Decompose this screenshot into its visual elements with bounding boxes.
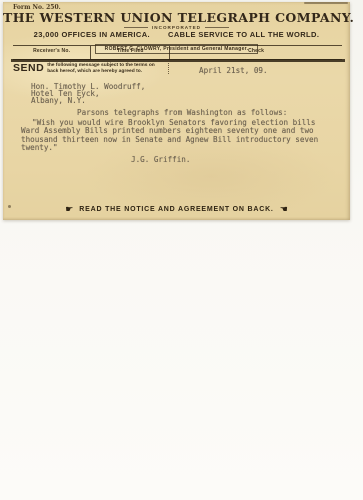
message-line: twenty." — [21, 144, 318, 152]
typed-date: April 21st, 09. — [199, 66, 268, 75]
send-clause: SEND the following message subject to th… — [13, 63, 169, 75]
message-line: thousand thirteen now in Senate and Agne… — [21, 136, 318, 144]
dash-rule-left — [124, 27, 148, 28]
message-intro: Parsons telegraphs from Washington as fo… — [77, 108, 287, 117]
send-keyword: SEND — [13, 63, 44, 74]
company-name: THE WESTERN UNION TELEGRAPH COMPANY. — [3, 10, 350, 25]
manicule-left-icon: ☚ — [280, 205, 288, 214]
column-header-receivers-no: Receiver's No. — [13, 46, 90, 59]
scanned-page: Form No. 250. THE WESTERN UNION TELEGRAP… — [0, 0, 363, 500]
column-header-check: Check — [169, 46, 342, 59]
telegram-form: Form No. 250. THE WESTERN UNION TELEGRAP… — [3, 2, 350, 220]
divider-rule — [11, 59, 345, 62]
notice-text: READ THE NOTICE AND AGREEMENT ON BACK. — [79, 206, 273, 213]
dash-rule-right — [205, 27, 229, 28]
recipient-line: Albany, N.Y. — [31, 97, 145, 104]
manicule-right-icon: ☛ — [65, 205, 73, 214]
send-terms-text: the following message subject to the ter… — [47, 63, 165, 75]
scan-edge-artifact — [304, 2, 348, 4]
recipient-block: Hon. Timothy L. Woodruff, Hotel Ten Eyck… — [31, 83, 145, 105]
signature: J.G. Griffin. — [131, 155, 190, 164]
dotted-divider — [168, 63, 169, 74]
column-header-time-filed: Time Filed — [90, 46, 169, 59]
message-body: "Wish you would wire Brooklyn Senators f… — [21, 119, 318, 152]
notice-bar: ☛ READ THE NOTICE AND AGREEMENT ON BACK.… — [3, 205, 350, 214]
routing-table: Receiver's No. Time Filed Check — [13, 45, 342, 60]
